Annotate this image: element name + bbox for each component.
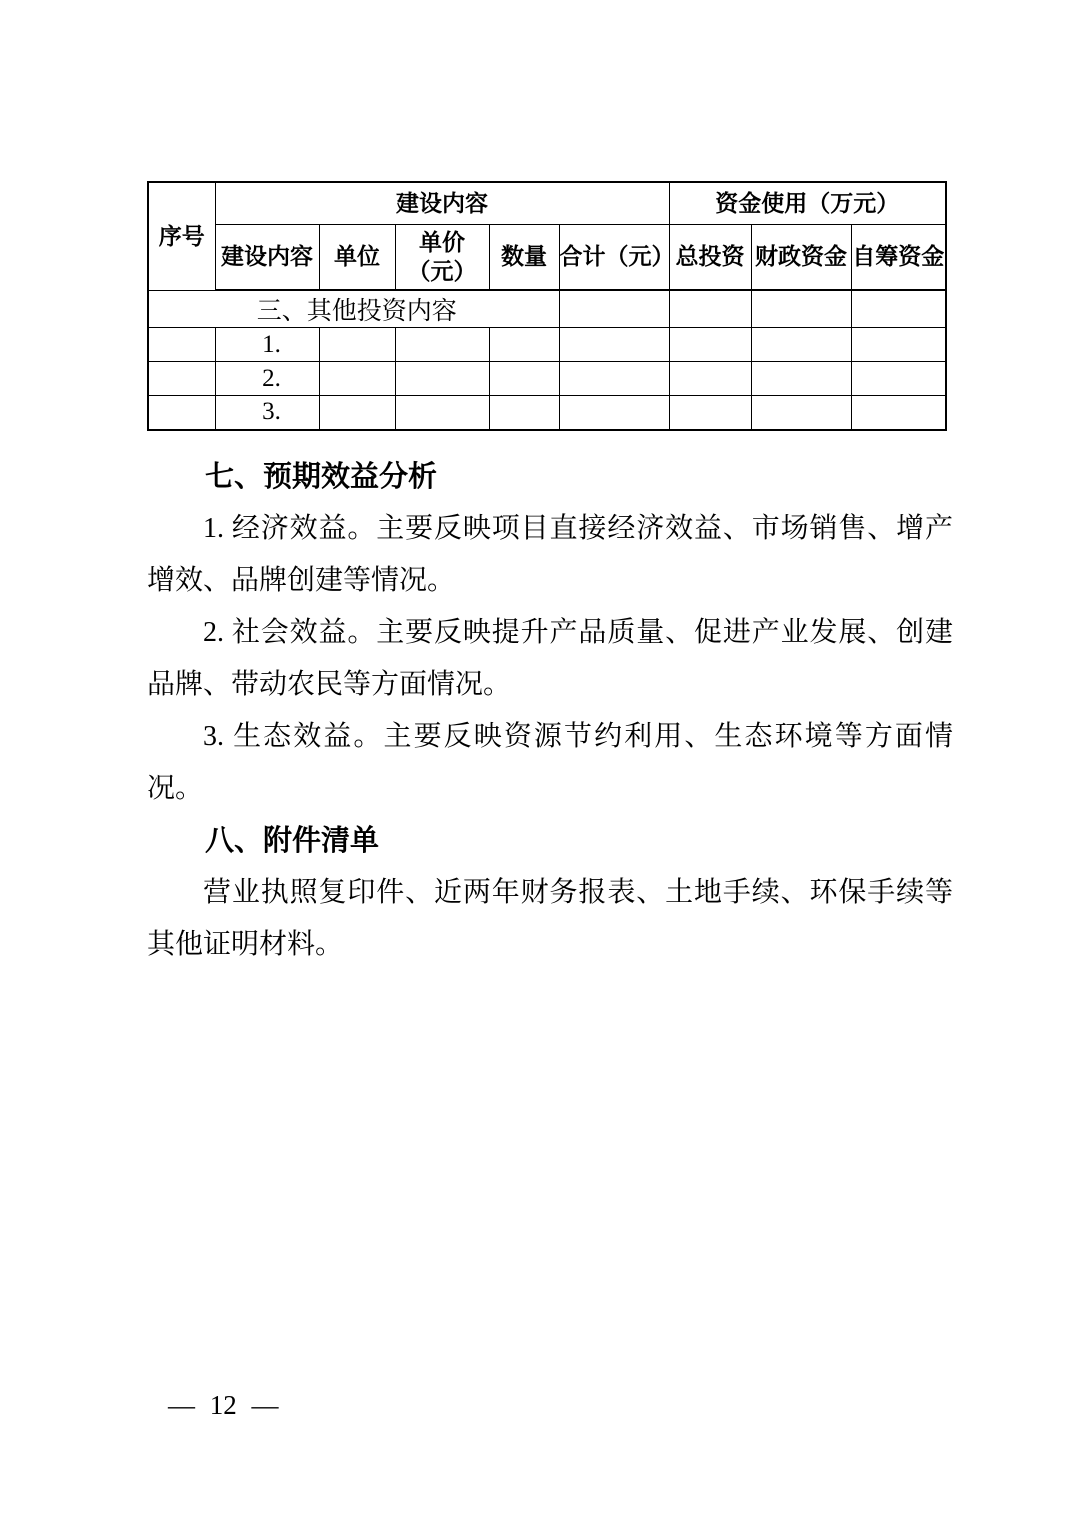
empty-cell bbox=[395, 328, 489, 362]
header-serial-number: 序号 bbox=[148, 182, 215, 290]
empty-cell bbox=[669, 328, 751, 362]
empty-cell bbox=[395, 396, 489, 430]
header-construction: 建设内容 bbox=[215, 224, 319, 290]
header-group-funds: 资金使用（万元） bbox=[669, 182, 946, 224]
empty-cell bbox=[319, 396, 395, 430]
header-total-investment: 总投资 bbox=[669, 224, 751, 290]
header-quantity: 数量 bbox=[489, 224, 559, 290]
table-row: 3. bbox=[148, 396, 946, 430]
empty-cell bbox=[559, 328, 669, 362]
header-unit-price-line2: （元） bbox=[408, 258, 477, 284]
header-self-raised-funds: 自筹资金 bbox=[851, 224, 946, 290]
empty-cell bbox=[751, 396, 851, 430]
item-number-cell: 1. bbox=[215, 328, 319, 362]
empty-cell bbox=[489, 396, 559, 430]
document-page: 序号 建设内容 资金使用（万元） 建设内容 单位 单价（元） 数量 合计（元） … bbox=[0, 0, 1080, 1528]
empty-cell bbox=[669, 290, 751, 328]
empty-cell bbox=[669, 362, 751, 396]
header-unit-price-line1: 单价 bbox=[419, 229, 465, 255]
section-heading-attachments: 八、附件清单 bbox=[147, 815, 953, 867]
header-fiscal-funds: 财政资金 bbox=[751, 224, 851, 290]
empty-cell bbox=[851, 396, 946, 430]
page-number: — 12 — bbox=[168, 1390, 279, 1421]
empty-cell bbox=[395, 362, 489, 396]
empty-cell bbox=[751, 290, 851, 328]
item-number-cell: 2. bbox=[215, 362, 319, 396]
header-unit: 单位 bbox=[319, 224, 395, 290]
document-body: 七、预期效益分析 1. 经济效益。主要反映项目直接经济效益、市场销售、增产增效、… bbox=[147, 451, 953, 971]
header-total-yuan: 合计（元） bbox=[559, 224, 669, 290]
empty-cell bbox=[559, 362, 669, 396]
item-number-cell: 3. bbox=[215, 396, 319, 430]
empty-cell bbox=[489, 328, 559, 362]
empty-cell bbox=[851, 290, 946, 328]
empty-cell bbox=[559, 396, 669, 430]
empty-cell bbox=[751, 362, 851, 396]
paragraph-attachments: 营业执照复印件、近两年财务报表、土地手续、环保手续等其他证明材料。 bbox=[147, 867, 953, 971]
table-row: 2. bbox=[148, 362, 946, 396]
table-section-row: 三、其他投资内容 bbox=[148, 290, 946, 328]
empty-cell bbox=[669, 396, 751, 430]
empty-cell bbox=[851, 362, 946, 396]
empty-cell bbox=[148, 396, 215, 430]
empty-cell bbox=[319, 328, 395, 362]
empty-cell bbox=[851, 328, 946, 362]
section-heading-benefits: 七、预期效益分析 bbox=[147, 451, 953, 503]
table-row: 1. bbox=[148, 328, 946, 362]
empty-cell bbox=[559, 290, 669, 328]
paragraph-economic-benefit: 1. 经济效益。主要反映项目直接经济效益、市场销售、增产增效、品牌创建等情况。 bbox=[147, 503, 953, 607]
empty-cell bbox=[148, 362, 215, 396]
header-group-construction: 建设内容 bbox=[215, 182, 669, 224]
empty-cell bbox=[148, 328, 215, 362]
empty-cell bbox=[751, 328, 851, 362]
section-other-investment-label: 三、其他投资内容 bbox=[148, 290, 559, 328]
paragraph-ecological-benefit: 3. 生态效益。主要反映资源节约利用、生态环境等方面情况。 bbox=[147, 711, 953, 815]
table-group-header-row: 序号 建设内容 资金使用（万元） bbox=[148, 182, 946, 224]
empty-cell bbox=[319, 362, 395, 396]
paragraph-social-benefit: 2. 社会效益。主要反映提升产品质量、促进产业发展、创建品牌、带动农民等方面情况… bbox=[147, 607, 953, 711]
table-sub-header-row: 建设内容 单位 单价（元） 数量 合计（元） 总投资 财政资金 自筹资金 bbox=[148, 224, 946, 290]
empty-cell bbox=[489, 362, 559, 396]
investment-content-table: 序号 建设内容 资金使用（万元） 建设内容 单位 单价（元） 数量 合计（元） … bbox=[147, 181, 947, 431]
header-unit-price: 单价（元） bbox=[395, 224, 489, 290]
